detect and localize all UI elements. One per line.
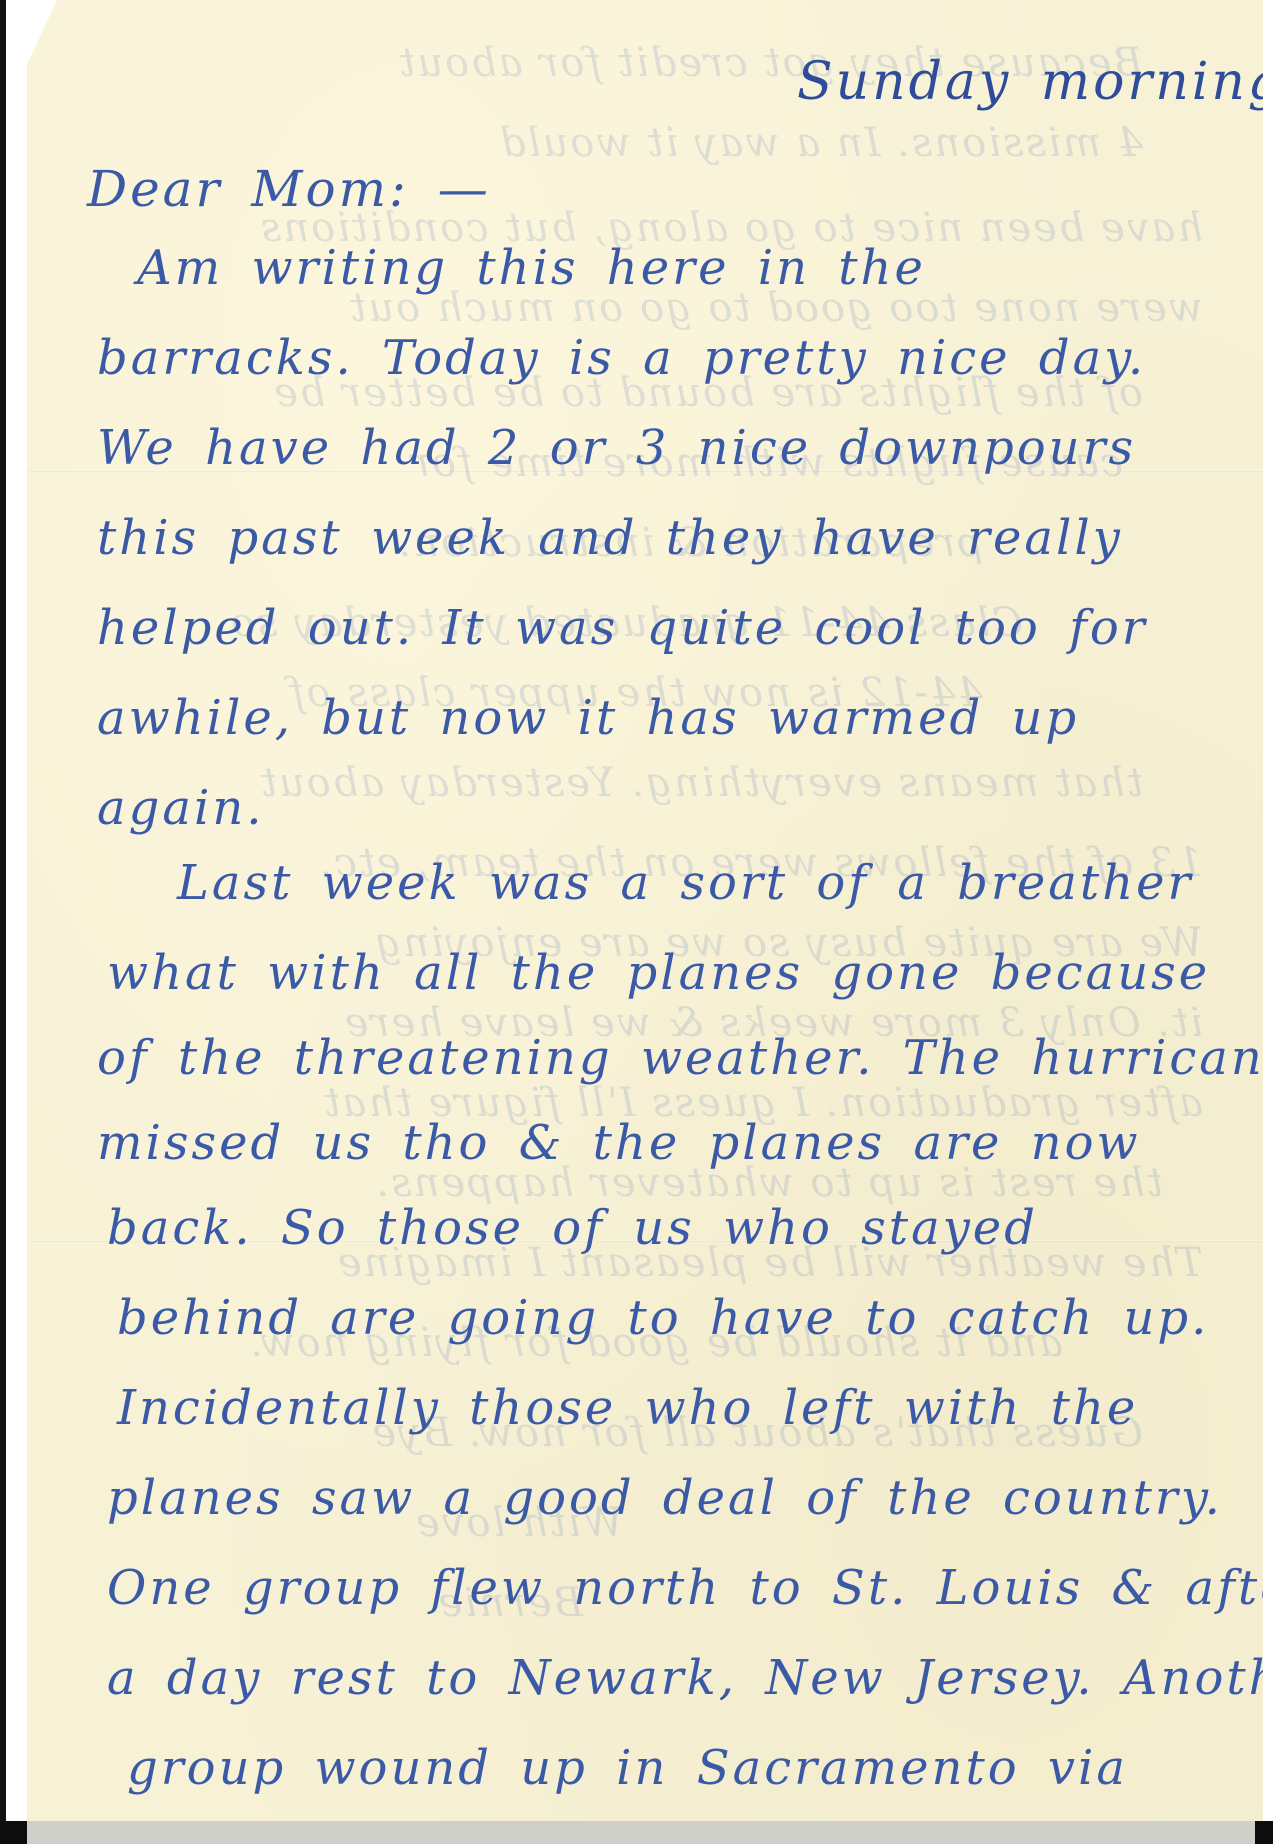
scan-bottom-band bbox=[27, 1821, 1255, 1844]
letter-line: helped out. It was quite cool too for bbox=[97, 600, 1148, 656]
letter-line: barracks. Today is a pretty nice day. bbox=[97, 330, 1146, 386]
letter-line: Am writing this here in the bbox=[137, 240, 926, 296]
letter-line: what with all the planes gone because bbox=[107, 945, 1210, 1001]
letter-line: One group flew north to St. Louis & afte… bbox=[107, 1560, 1263, 1616]
letter-line: a day rest to Newark, New Jersey. Anothe… bbox=[107, 1650, 1263, 1706]
letter-line: planes saw a good deal of the country. bbox=[107, 1470, 1223, 1526]
letter-line: of the threatening weather. The hurrican… bbox=[97, 1030, 1263, 1086]
letter-line: back. So those of us who stayed bbox=[107, 1200, 1038, 1256]
letter-dateline: Sunday morning bbox=[797, 52, 1263, 112]
letter-paper: Because they got credit for about 4 miss… bbox=[27, 0, 1263, 1821]
scanned-letter-page: Because they got credit for about 4 miss… bbox=[0, 0, 1273, 1844]
letter-line: Last week was a sort of a breather bbox=[177, 855, 1193, 911]
scan-edge-corner-right bbox=[1255, 1821, 1273, 1844]
letter-line: this past week and they have really bbox=[97, 510, 1123, 566]
letter-line: Incidentally those who left with the bbox=[117, 1380, 1138, 1436]
letter-line: awhile, but now it has warmed up bbox=[97, 690, 1079, 746]
letter-line: again. bbox=[97, 780, 264, 836]
letter-line: group wound up in Sacramento via bbox=[127, 1740, 1128, 1796]
letter-line: We have had 2 or 3 nice downpours bbox=[97, 420, 1136, 476]
scan-edge-corner-left bbox=[0, 1821, 28, 1844]
letter-salutation: Dear Mom: — bbox=[87, 160, 491, 218]
scan-edge-left bbox=[0, 0, 6, 1844]
bleed-line: 4 missions. In a way it would bbox=[498, 120, 1143, 166]
bleed-line: that means everything. Yesterday about bbox=[259, 760, 1143, 806]
letter-line: missed us tho & the planes are now bbox=[97, 1115, 1141, 1171]
letter-line: behind are going to have to catch up. bbox=[117, 1290, 1209, 1346]
